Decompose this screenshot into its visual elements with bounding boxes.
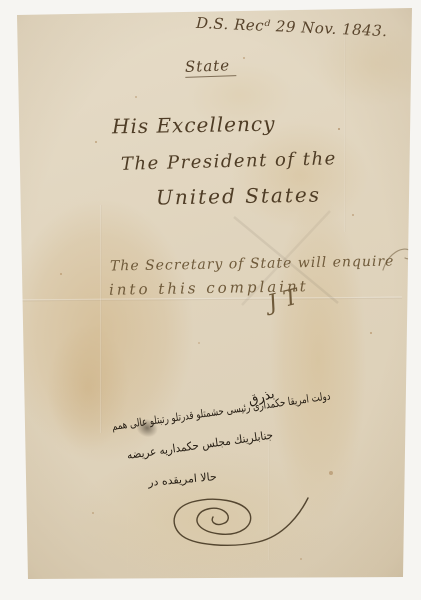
letter-paper: D.S. Recᵈ 29 Nov. 1843. State His Excell… [0,0,421,600]
pen-curl-icon [380,242,416,274]
received-docket: D.S. Recᵈ 29 Nov. 1843. [196,14,388,40]
photo-background: D.S. Recᵈ 29 Nov. 1843. State His Excell… [0,0,421,600]
fold-crease-vertical-left [100,205,102,433]
address-line-united-states: United States [156,183,321,210]
ottoman-address-line-3: حالا امريقده در [148,470,218,489]
fold-crease-vertical-right [344,34,346,232]
address-line-excellency: His Excellency [112,112,276,139]
address-line-president: The President of the [121,148,337,175]
endorsement-line-1: The Secretary of State will enquire [110,254,395,275]
bureau-note: State [185,56,237,78]
spiral-flourish-icon [162,492,312,550]
paper-specks [0,0,2,2]
